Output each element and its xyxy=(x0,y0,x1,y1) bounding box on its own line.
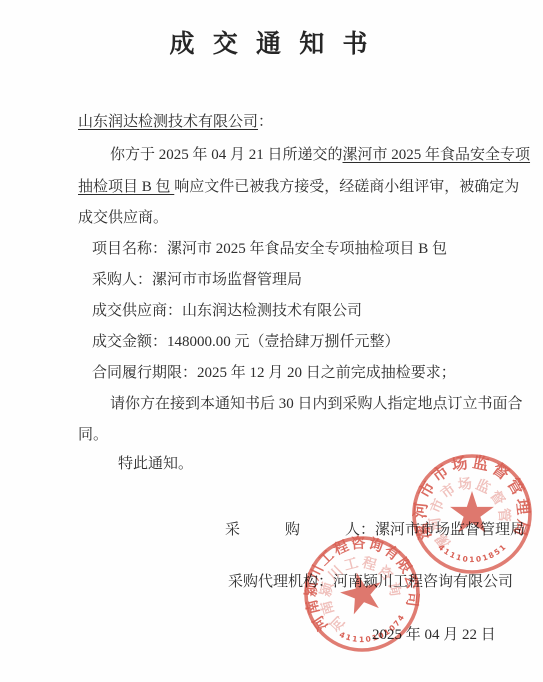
paragraph-line-2: 抽检项目 B 包 响应文件已被我方接受，经磋商小组评审，被确定为 xyxy=(78,179,519,196)
paragraph-line-3: 成交供应商。 xyxy=(78,210,168,227)
field-deadline: 合同履行期限：2025 年 12 月 20 日之前完成抽检要求； xyxy=(92,365,456,382)
document-title: 成 交 通 知 书 xyxy=(0,24,543,60)
field-supplier: 成交供应商：山东润达检测技术有限公司 xyxy=(92,303,362,320)
recipient-company: 山东润达检测技术有限公司 xyxy=(78,114,258,130)
agency-seal-stamp: 河南颍川工程咨询有限公司 411101010747 河南颍川工程咨询有限公司 xyxy=(274,506,450,682)
field-project-name: 项目名称：漯河市 2025 年食品安全专项抽检项目 B 包 xyxy=(92,241,447,258)
paragraph-line-1: 你方于 2025 年 04 月 21 日所递交的漯河市 2025 年食品安全专项 xyxy=(110,147,530,164)
paragraph-line-2-plain: 响应文件已被我方接受，经磋商小组评审，被确定为 xyxy=(174,179,519,195)
paragraph-line-1-plain: 你方于 2025 年 04 月 21 日所递交的 xyxy=(110,147,343,163)
recipient-line: 山东润达检测技术有限公司： xyxy=(78,114,273,131)
recipient-colon: ： xyxy=(258,114,273,130)
notice-document-page: 成 交 通 知 书 山东润达检测技术有限公司： 你方于 2025 年 04 月 … xyxy=(0,0,543,682)
notice-line-1: 请你方在接到本通知书后 30 日内到采购人指定地点订立书面合 xyxy=(110,396,523,413)
paragraph-line-1-underlined: 漯河市 2025 年食品安全专项 xyxy=(343,147,531,163)
notice-line-2: 同。 xyxy=(78,427,108,444)
closing-line: 特此通知。 xyxy=(118,456,193,473)
field-purchaser: 采购人：漯河市市场监督管理局 xyxy=(92,272,302,289)
field-amount: 成交金额：148000.00 元（壹拾肆万捌仟元整） xyxy=(92,334,400,351)
paragraph-line-2-underlined: 抽检项目 B 包 xyxy=(78,179,174,195)
